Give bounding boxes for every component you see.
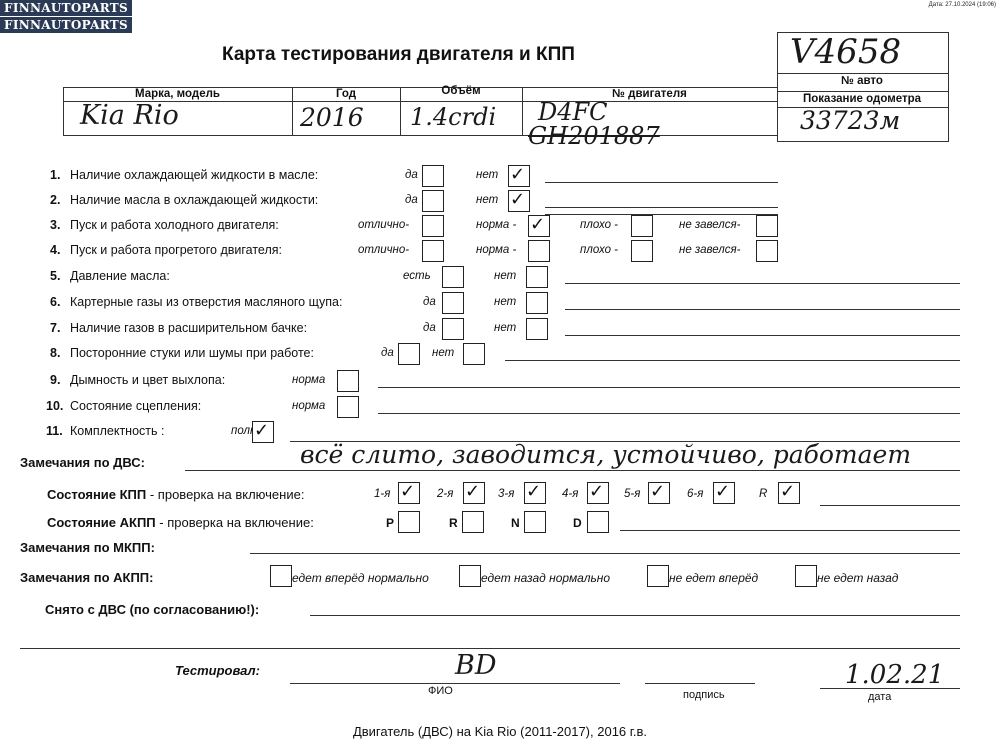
- checkmark-icon: ✓: [526, 483, 541, 501]
- option-checkbox[interactable]: [337, 370, 359, 392]
- option-checkbox[interactable]: [756, 215, 778, 237]
- item-number: 2.: [50, 193, 60, 207]
- checkmark-icon: ✓: [650, 483, 665, 501]
- option-label: есть: [403, 270, 431, 282]
- checkmark-icon: ✓: [510, 191, 525, 209]
- item-number: 5.: [50, 269, 60, 283]
- option-label: плохо -: [580, 219, 618, 231]
- item-number: 9.: [50, 373, 60, 387]
- year-value: 2016: [300, 103, 364, 132]
- tested-label: Тестировал:: [175, 663, 260, 678]
- test-date: 1.02.21: [845, 660, 944, 690]
- volume-label: Объём: [400, 85, 522, 97]
- akpp-gear-label: P: [386, 516, 394, 530]
- option-label: да: [405, 169, 418, 181]
- checkmark-icon: ✓: [715, 483, 730, 501]
- option-label: нет: [432, 347, 454, 359]
- option-label: да: [423, 296, 436, 308]
- remark-line: [378, 387, 960, 388]
- remark-line: [545, 182, 778, 183]
- gear-label: 4-я: [562, 488, 578, 500]
- checkmark-icon: ✓: [400, 483, 415, 501]
- item-number: 10.: [46, 399, 63, 413]
- remark-line: [565, 309, 960, 310]
- option-checkbox[interactable]: [422, 190, 444, 212]
- option-label: плохо -: [580, 244, 618, 256]
- checkmark-icon: ✓: [254, 422, 269, 440]
- item-number: 11.: [46, 424, 63, 438]
- option-label: нет: [476, 194, 498, 206]
- mkpp-remarks-label: Замечания по МКПП:: [20, 540, 155, 555]
- item-text: Картерные газы из отверстия масляного щу…: [70, 295, 342, 309]
- option-checkbox[interactable]: [442, 318, 464, 340]
- gear-checkbox[interactable]: ✓: [398, 482, 420, 504]
- caption: Двигатель (ДВС) на Kia Rio (2011-2017), …: [0, 724, 1000, 739]
- option-label: да: [405, 194, 418, 206]
- item-text: Наличие газов в расширительном бачке:: [70, 321, 307, 335]
- item-text: Состояние сцепления:: [70, 399, 201, 413]
- option-label: норма -: [476, 219, 516, 231]
- option-label: норма: [292, 400, 325, 412]
- option-label: норма: [292, 374, 325, 386]
- car-number-label: № авто: [777, 75, 947, 87]
- checkmark-icon: ✓: [589, 483, 604, 501]
- option-checkbox[interactable]: [422, 215, 444, 237]
- option-label: нет: [494, 270, 516, 282]
- odometer-value: 33723м: [800, 106, 900, 135]
- akpp-remark-checkbox[interactable]: [795, 565, 817, 587]
- akpp-gear-label: D: [573, 516, 582, 530]
- akpp-gear-label: N: [511, 516, 520, 530]
- gear-checkbox[interactable]: ✓: [778, 482, 800, 504]
- option-label: да: [423, 322, 436, 334]
- option-checkbox[interactable]: ✓: [252, 421, 274, 443]
- option-label: норма -: [476, 244, 516, 256]
- item-text: Комплектность :: [70, 424, 164, 438]
- akpp-gear-checkbox[interactable]: [398, 511, 420, 533]
- gear-checkbox[interactable]: ✓: [587, 482, 609, 504]
- remark-line: [565, 335, 960, 336]
- gear-label: 3-я: [498, 488, 514, 500]
- option-label: нет: [476, 169, 498, 181]
- fio-label: ФИО: [428, 685, 453, 697]
- gear-checkbox[interactable]: ✓: [713, 482, 735, 504]
- item-number: 8.: [50, 346, 60, 360]
- akpp-remarks-label: Замечания по АКПП:: [20, 570, 153, 585]
- option-checkbox[interactable]: [528, 240, 550, 262]
- removed-label: Снято с ДВС (по согласованию!):: [45, 602, 259, 617]
- remark-line: [378, 413, 960, 414]
- volume-value: 1.4crdi: [410, 103, 496, 131]
- option-checkbox[interactable]: [526, 318, 548, 340]
- option-label: нет: [494, 296, 516, 308]
- option-label: не завелся-: [679, 219, 741, 231]
- remark-line: [545, 207, 778, 208]
- gear-label: 5-я: [624, 488, 640, 500]
- item-text: Наличие масла в охлаждающей жидкости:: [70, 193, 318, 207]
- item-text: Пуск и работа холодного двигателя:: [70, 218, 279, 232]
- option-checkbox[interactable]: ✓: [508, 165, 530, 187]
- checkmark-icon: ✓: [780, 483, 795, 501]
- option-checkbox[interactable]: [631, 240, 653, 262]
- item-number: 4.: [50, 243, 60, 257]
- akpp-label: Состояние АКПП - проверка на включение:: [47, 515, 314, 530]
- option-label: не завелся-: [679, 244, 741, 256]
- option-checkbox[interactable]: [756, 240, 778, 262]
- odometer-label: Показание одометра: [777, 93, 947, 105]
- date-label: дата: [868, 691, 891, 703]
- akpp-remark-label: едет назад нормально: [481, 571, 610, 585]
- tester-fio: BD: [455, 650, 497, 681]
- item-text: Посторонние стуки или шумы при работе:: [70, 346, 314, 360]
- engine-no-crossed: GH201887: [528, 122, 660, 150]
- gear-label: 1-я: [374, 488, 390, 500]
- akpp-remark-checkbox[interactable]: [270, 565, 292, 587]
- dvs-remarks-value: всё слито, заводится, устойчиво, работае…: [300, 440, 911, 469]
- item-text: Давление масла:: [70, 269, 170, 283]
- akpp-gear-label: R: [449, 516, 458, 530]
- option-checkbox[interactable]: [526, 266, 548, 288]
- gear-checkbox[interactable]: ✓: [524, 482, 546, 504]
- option-checkbox[interactable]: [337, 396, 359, 418]
- akpp-remark-checkbox[interactable]: [459, 565, 481, 587]
- item-number: 3.: [50, 218, 60, 232]
- option-label: нет: [494, 322, 516, 334]
- watermark-2: FINNAUTOPARTS: [0, 17, 132, 33]
- checkmark-icon: ✓: [510, 166, 525, 184]
- remark-line: [565, 283, 960, 284]
- option-checkbox[interactable]: [398, 343, 420, 365]
- item-text: Наличие охлаждающей жидкости в масле:: [70, 168, 318, 182]
- akpp-gear-checkbox[interactable]: [587, 511, 609, 533]
- akpp-remark-checkbox[interactable]: [647, 565, 669, 587]
- option-checkbox[interactable]: ✓: [528, 215, 550, 237]
- option-checkbox[interactable]: [463, 343, 485, 365]
- make-model-value: Kia Rio: [80, 100, 179, 131]
- gear-label: 6-я: [687, 488, 703, 500]
- option-checkbox[interactable]: ✓: [508, 190, 530, 212]
- year-label: Год: [292, 88, 400, 100]
- item-text: Дымность и цвет выхлопа:: [70, 373, 225, 387]
- page-title: Карта тестирования двигателя и КПП: [222, 44, 575, 66]
- dvs-remarks-label: Замечания по ДВС:: [20, 455, 145, 470]
- akpp-gear-checkbox[interactable]: [462, 511, 484, 533]
- option-label: да: [381, 347, 394, 359]
- kpp-label: Состояние КПП - проверка на включение:: [47, 487, 304, 502]
- gear-label: 2-я: [437, 488, 453, 500]
- checkmark-icon: ✓: [530, 216, 545, 234]
- gear-checkbox[interactable]: ✓: [463, 482, 485, 504]
- option-checkbox[interactable]: [526, 292, 548, 314]
- option-checkbox[interactable]: [442, 266, 464, 288]
- akpp-remark-label: не едет вперёд: [669, 571, 758, 585]
- option-checkbox[interactable]: [422, 165, 444, 187]
- akpp-gear-checkbox[interactable]: [524, 511, 546, 533]
- checkmark-icon: ✓: [465, 483, 480, 501]
- option-checkbox[interactable]: [442, 292, 464, 314]
- gear-label: R: [759, 488, 767, 500]
- akpp-remark-label: едет вперёд нормально: [292, 571, 429, 585]
- gear-checkbox[interactable]: ✓: [648, 482, 670, 504]
- option-checkbox[interactable]: [422, 240, 444, 262]
- option-label: отлично-: [358, 244, 409, 256]
- watermark-1: FINNAUTOPARTS: [0, 0, 132, 16]
- make-model-label: Марка, модель: [63, 88, 292, 100]
- item-number: 7.: [50, 321, 60, 335]
- item-number: 1.: [50, 168, 60, 182]
- option-checkbox[interactable]: [631, 215, 653, 237]
- akpp-remark-label: не едет назад: [817, 571, 898, 585]
- option-label: отлично-: [358, 219, 409, 231]
- date-stamp: Дата: 27.10.2024 (19:06): [929, 2, 996, 8]
- signature-label: подпись: [683, 689, 725, 701]
- item-number: 6.: [50, 295, 60, 309]
- car-number: V4658: [790, 32, 901, 72]
- remark-line: [505, 360, 960, 361]
- item-text: Пуск и работа прогретого двигателя:: [70, 243, 282, 257]
